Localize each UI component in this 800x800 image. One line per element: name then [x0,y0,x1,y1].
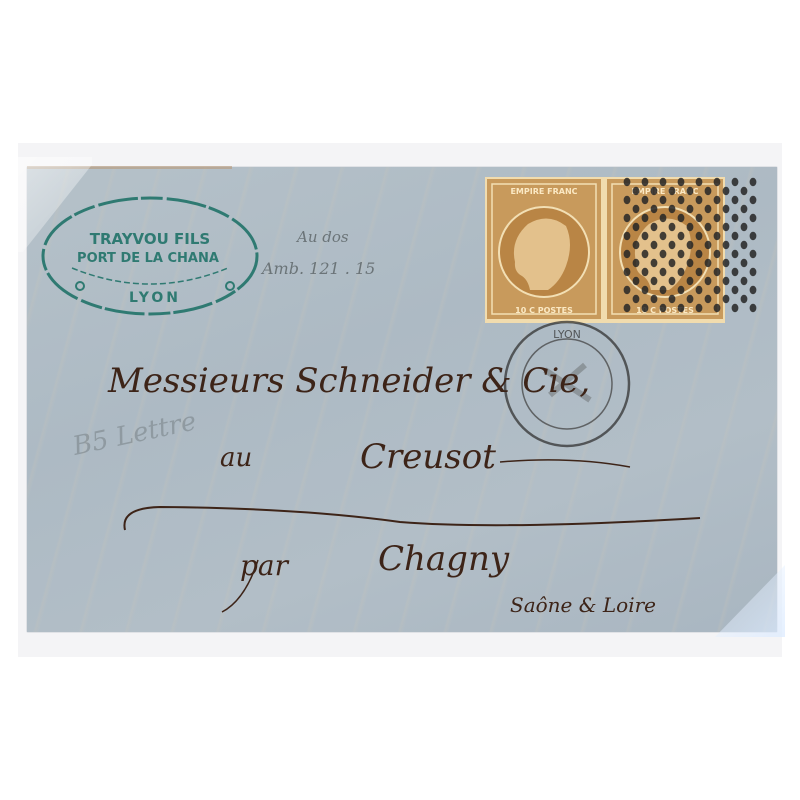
pencil-note-left: B5 Lettre [69,406,199,462]
address-au: au [220,443,252,473]
flourish-line [124,507,700,530]
company-cachet: TRAYVOU FILS PORT DE LA CHANA LYON [43,198,257,314]
cachet-line1: TRAYVOU FILS [90,230,211,248]
ornament-icon [226,282,234,290]
stamp-1-bottom-label: 10 C POSTES [515,306,573,315]
address-line3: Chagny [378,539,510,579]
pencil-note-top1: Au dos [295,228,349,246]
stamp-1-top-label: EMPIRE FRANC [510,187,577,196]
address-line4: Saône & Loire [510,593,656,617]
cachet-line2: PORT DE LA CHANA [77,251,219,266]
ornament-icon [76,282,84,290]
address-par: par [240,549,290,582]
address-line2: Creusot [360,437,496,477]
stamp-1: EMPIRE FRANC 10 C POSTES [487,179,601,319]
pencil-note-top2: Amb. 121 . 15 [260,259,375,278]
postmark-text: LYON [553,328,581,341]
cachet-line3: LYON [129,290,181,306]
letter-content: TRAYVOU FILS PORT DE LA CHANA LYON Au do… [0,0,800,800]
address-line1: Messieurs Schneider & Cie, [107,361,590,401]
